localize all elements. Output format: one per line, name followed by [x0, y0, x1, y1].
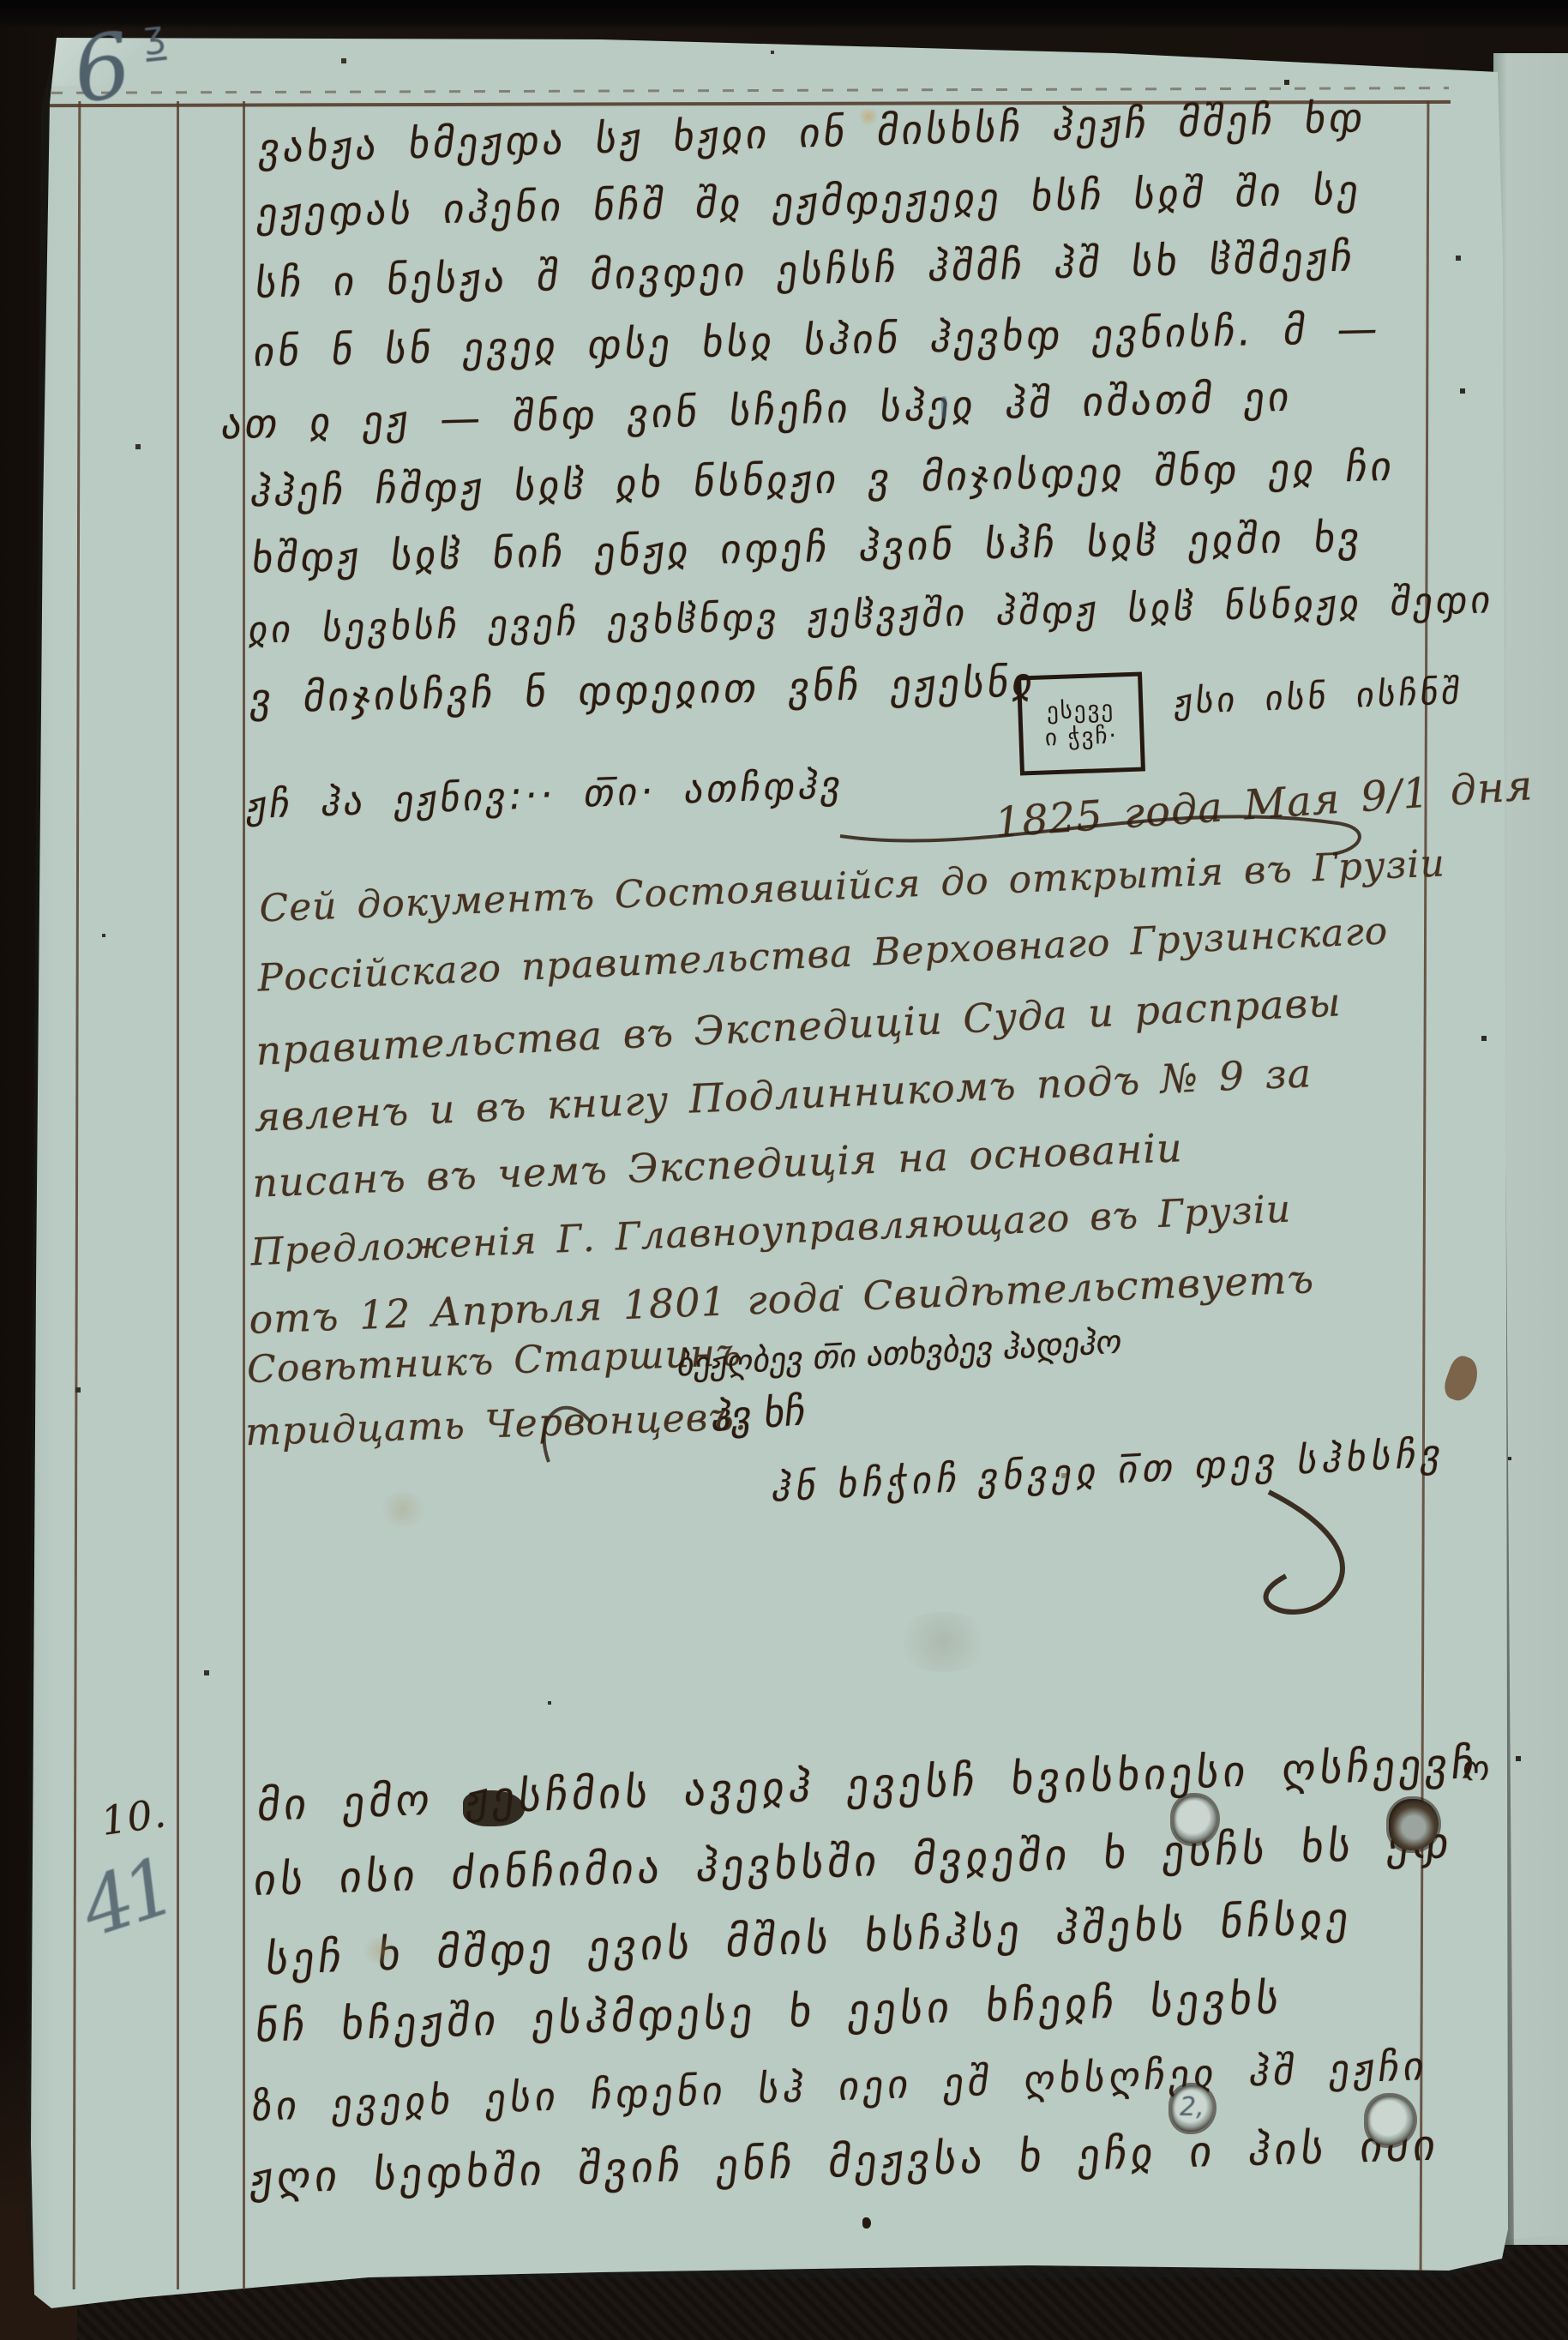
manuscript-scan: 6 ʒ ვახჟა ხმეჟჶა სჟ ხჟჲი ინ მისხსჩ ჰეჟჩ … — [0, 0, 1568, 2340]
hole-pencil-mark: 2, — [1180, 2092, 1205, 2122]
margin-overflow-mark: ო — [1462, 1748, 1490, 1789]
ink-bleed-mark — [941, 396, 946, 418]
ink-dot — [862, 2217, 871, 2229]
paper-specks — [0, 0, 2, 2]
paper-stain — [857, 108, 880, 125]
paper-stain — [377, 1492, 429, 1526]
ink-blot — [463, 1790, 525, 1826]
paper-stain — [892, 1612, 994, 1672]
paper-stain — [360, 1938, 400, 1964]
margin-entry-number: 10. — [99, 1790, 170, 1844]
